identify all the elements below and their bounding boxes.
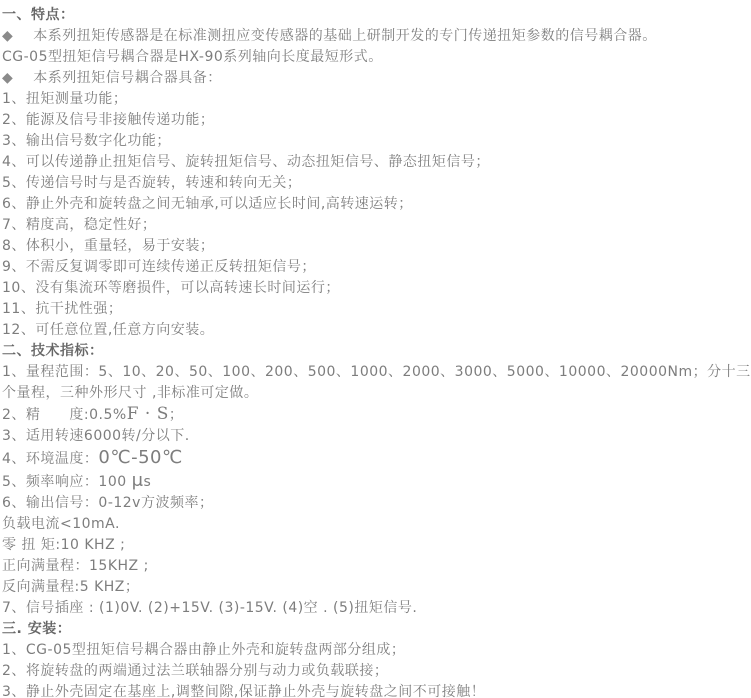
spec-speed: 3、适用转速6000转/分以下.: [2, 426, 751, 447]
spec-frequency: 5、频率响应：100 μs: [2, 470, 751, 493]
feature-item-9: 9、不需反复调零即可连续传递正反转扭矩信号；: [2, 257, 751, 278]
diamond-bullet-icon: ◆: [2, 68, 13, 89]
diamond-bullet-icon: ◆: [2, 26, 13, 47]
intro-line-1: ◆本系列扭矩传感器是在标准测扭应变传感器的基础上研制开发的专门传递扭矩参数的信号…: [2, 26, 751, 47]
spec-forward-full-scale: 正向满量程：15KHZ ;: [2, 556, 751, 577]
spec-precision: 2、精 度:0.5%F · S；: [2, 404, 751, 426]
feature-item-7: 7、精度高，稳定性好；: [2, 215, 751, 236]
feature-item-2: 2、能源及信号非接触传递功能；: [2, 110, 751, 131]
spec-reverse-full-scale: 反向满量程:5 KHZ；: [2, 577, 751, 598]
spec-precision-label: 2、精 度:0.5%: [2, 407, 127, 423]
feature-item-10: 10、没有集流环等磨损件，可以高转速长时间运行；: [2, 278, 751, 299]
spec-frequency-unit: s: [144, 474, 152, 490]
feature-item-6: 6、静止外壳和旋转盘之间无轴承,可以适应长时间,高转速运转；: [2, 194, 751, 215]
intro-line-3: ◆本系列扭矩信号耦合器具备：: [2, 68, 751, 89]
spec-precision-end: ；: [169, 407, 184, 423]
spec-temperature-value: 0℃-50℃: [98, 447, 182, 468]
intro-line-1-text: 本系列扭矩传感器是在标准测扭应变传感器的基础上研制开发的专门传递扭矩参数的信号耦…: [33, 28, 657, 44]
install-step-1: 1、CG-05型扭矩信号耦合器由静止外壳和旋转盘两部分组成；: [2, 640, 751, 661]
spec-zero-torque: 零 扭 矩:10 KHZ ;: [2, 535, 751, 556]
section-heading-features: 一、特点：: [2, 5, 751, 26]
feature-item-5: 5、传递信号时与是否旋转，转速和转向无关；: [2, 173, 751, 194]
document-body: 一、特点： ◆本系列扭矩传感器是在标准测扭应变传感器的基础上研制开发的专门传递扭…: [0, 0, 751, 698]
feature-item-4: 4、可以传递静止扭矩信号、旋转扭矩信号、动态扭矩信号、静态扭矩信号；: [2, 152, 751, 173]
feature-item-8: 8、体积小，重量轻，易于安装；: [2, 236, 751, 257]
feature-item-12: 12、可任意位置,任意方向安装。: [2, 320, 751, 341]
install-step-2: 2、将旋转盘的两端通过法兰联轴器分别与动力或负载联接；: [2, 661, 751, 682]
spec-output-signal: 6、输出信号：0-12v方波频率；: [2, 493, 751, 514]
spec-signal-connector: 7、信号插座 : (1)0V. (2)+15V. (3)-15V. (4)空 .…: [2, 598, 751, 619]
feature-item-1: 1、扭矩测量功能；: [2, 89, 751, 110]
intro-line-2: CG-05型扭矩信号耦合器是HX-90系列轴向长度最短形式。: [2, 47, 751, 68]
install-step-3: 3、静止外壳固定在基座上,调整间隙,保证静止外壳与旋转盘之间不可接触！: [2, 682, 751, 698]
section-heading-specs: 二、技术指标：: [2, 341, 751, 362]
feature-item-11: 11、抗干扰性强；: [2, 299, 751, 320]
feature-item-3: 3、输出信号数字化功能；: [2, 131, 751, 152]
spec-temperature: 4、环境温度：0℃-50℃: [2, 447, 751, 470]
spec-precision-fs-value: F · S: [127, 404, 169, 424]
spec-load-current: 负载电流<10mA.: [2, 514, 751, 535]
section-heading-install: 三. 安装：: [2, 619, 751, 640]
intro-line-3-text: 本系列扭矩信号耦合器具备：: [33, 70, 222, 86]
spec-frequency-label: 5、频率响应：100: [2, 474, 132, 490]
spec-temperature-label: 4、环境温度：: [2, 451, 98, 467]
spec-range: 1、量程范围：5、10、20、50、100、200、500、1000、2000、…: [2, 362, 751, 404]
spec-frequency-mu: μ: [132, 470, 144, 491]
